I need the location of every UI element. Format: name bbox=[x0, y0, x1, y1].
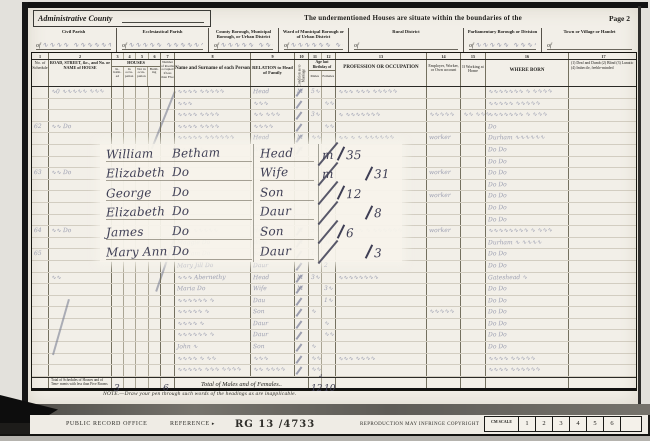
totals-empty-cell bbox=[136, 378, 149, 388]
tick-mark bbox=[295, 343, 302, 351]
cell-h3 bbox=[136, 110, 149, 121]
cell-h1 bbox=[112, 99, 124, 110]
cell-occ: ∿∿∿ ∿∿∿∿ bbox=[336, 354, 427, 365]
administrative-county-ruled-line bbox=[122, 22, 204, 23]
cell-born: Do Do bbox=[486, 191, 569, 202]
cell-born: Do Do bbox=[486, 342, 569, 353]
cell-ageM: ∿ bbox=[309, 307, 322, 318]
cell-occ bbox=[336, 99, 427, 110]
cell-home bbox=[461, 249, 486, 260]
cell-sched bbox=[32, 87, 49, 98]
cell-infirm bbox=[569, 307, 638, 318]
cell-rel: ∿∿∿ bbox=[251, 354, 295, 365]
cell-h2 bbox=[124, 133, 136, 144]
scale-tick: 4 bbox=[570, 417, 587, 431]
cell-home bbox=[461, 99, 486, 110]
cell-born: Do Do bbox=[486, 284, 569, 295]
cell-name: ∿∿∿∿∿ ∿ bbox=[175, 307, 251, 318]
cell-road bbox=[49, 284, 112, 295]
totals-empty-cell bbox=[486, 378, 569, 388]
cell-h1 bbox=[112, 365, 124, 376]
cell-sched bbox=[32, 180, 49, 191]
column-number: 8 bbox=[175, 53, 251, 59]
cell-infirm bbox=[569, 273, 638, 284]
reference-number: RG 13 /4733 bbox=[235, 419, 315, 430]
cell-occ bbox=[336, 296, 427, 307]
cell-h4 bbox=[149, 99, 161, 110]
cm-scale-label: CM SCALE bbox=[485, 417, 519, 431]
cell-ageM bbox=[309, 319, 322, 330]
cell-home bbox=[461, 296, 486, 307]
cell-home bbox=[461, 168, 486, 179]
cell-home bbox=[461, 238, 486, 249]
cell-h4 bbox=[149, 330, 161, 341]
cell-h3 bbox=[136, 296, 149, 307]
cell-h4 bbox=[149, 296, 161, 307]
cell-emp bbox=[427, 215, 461, 226]
tick-mark bbox=[295, 112, 302, 120]
cell-emp bbox=[427, 87, 461, 98]
handwritten-district-value: ∿∿∿∿∿ ∿∿∿∿∿ bbox=[475, 41, 536, 49]
cell-road bbox=[49, 99, 112, 110]
cell-h1 bbox=[112, 319, 124, 330]
cell-h3 bbox=[136, 354, 149, 365]
cell-h3 bbox=[136, 330, 149, 341]
cell-infirm bbox=[569, 191, 638, 202]
column-number: 7 bbox=[161, 53, 175, 59]
cell-road bbox=[49, 365, 112, 376]
table-row: ∿∿∿∿∿∿∿∿∿∿∿∿∿ ∿∿∿∿∿ bbox=[32, 99, 636, 111]
scale-tick: 6 bbox=[604, 417, 621, 431]
cell-sched bbox=[32, 296, 49, 307]
cell-rooms bbox=[161, 110, 175, 121]
header-females: Females bbox=[322, 71, 335, 86]
cell-h4 bbox=[149, 342, 161, 353]
cell-ageM bbox=[309, 296, 322, 307]
cell-ageM: 3∿ bbox=[309, 273, 322, 284]
column-number: 10 bbox=[295, 53, 309, 59]
cell-h1 bbox=[112, 284, 124, 295]
cell-name: ∿∿∿ Abernethy bbox=[175, 273, 251, 284]
cell-rel: ∿∿∿ bbox=[251, 99, 295, 110]
administrative-county-box: Administrative County bbox=[33, 10, 211, 27]
cell-infirm bbox=[569, 342, 638, 353]
cell-born: Do Do bbox=[486, 261, 569, 272]
totals-females-value: 410 bbox=[322, 378, 336, 388]
cell-infirm bbox=[569, 168, 638, 179]
cell-name: ∿∿∿∿ ∿∿∿∿∿ bbox=[175, 87, 251, 98]
situate-statement: The undermentioned Houses are situate wi… bbox=[228, 14, 598, 22]
cell-sched bbox=[32, 191, 49, 202]
cell-cond bbox=[295, 365, 309, 376]
cell-born: Do Do bbox=[486, 307, 569, 318]
cell-ageF: ∿∿ bbox=[322, 330, 336, 341]
cell-born: Do bbox=[486, 122, 569, 133]
cell-rooms bbox=[161, 133, 175, 144]
cell-home bbox=[461, 365, 486, 376]
cell-name: ∿∿∿∿ ∿ bbox=[175, 319, 251, 330]
cell-h4 bbox=[149, 284, 161, 295]
cell-born: ∿∿∿∿ ∿∿∿∿∿∿ bbox=[486, 365, 569, 376]
cell-name: ∿∿∿∿∿∿ ∿ bbox=[175, 296, 251, 307]
cell-sched bbox=[32, 330, 49, 341]
overlay-age-male: 6 bbox=[346, 227, 372, 240]
totals-houses-value: 3 bbox=[112, 378, 124, 388]
cell-road: ∿∿ Do bbox=[49, 122, 112, 133]
overlay-relation: Head bbox=[260, 147, 314, 162]
cell-cond bbox=[295, 99, 309, 110]
cell-infirm bbox=[569, 122, 638, 133]
totals-empty-cell bbox=[149, 378, 161, 388]
cell-born: ∿∿∿∿∿∿∿∿ ∿ ∿∿∿ bbox=[486, 226, 569, 237]
overlay-relation: Daur bbox=[260, 205, 314, 220]
overlay-row: ElizabethDoDaur8 bbox=[100, 203, 402, 223]
cell-home bbox=[461, 145, 486, 156]
cell-born: Do Do bbox=[486, 203, 569, 214]
page-number: Page 2 bbox=[609, 14, 630, 23]
column-number: 16 bbox=[486, 53, 569, 59]
cell-born: ∿∿∿∿∿∿∿ ∿ ∿∿∿∿ bbox=[486, 87, 569, 98]
cell-home bbox=[461, 133, 486, 144]
cell-cond bbox=[295, 354, 309, 365]
totals-row: Total of Schedules of Houses and of Tene… bbox=[32, 377, 636, 390]
census-page: Administrative County The undermentioned… bbox=[28, 8, 638, 404]
cell-born: Do Do bbox=[486, 168, 569, 179]
totals-empty-cell bbox=[569, 378, 638, 388]
tick-mark bbox=[295, 123, 302, 131]
tick-mark bbox=[295, 320, 302, 328]
cell-occ bbox=[336, 365, 427, 376]
cell-sched bbox=[32, 342, 49, 353]
cell-ageM bbox=[309, 330, 322, 341]
cell-h4 bbox=[149, 354, 161, 365]
cell-infirm bbox=[569, 354, 638, 365]
cell-sched bbox=[32, 238, 49, 249]
cell-h2 bbox=[124, 261, 136, 272]
column-number: 5 bbox=[136, 53, 149, 59]
cell-ageF bbox=[322, 273, 336, 284]
cell-sched bbox=[32, 319, 49, 330]
administrative-county-label: Administrative County bbox=[38, 14, 112, 23]
pen-slash-stroke bbox=[365, 244, 373, 258]
overlay-relation: Son bbox=[260, 186, 314, 201]
cell-born: Durham ∿∿∿∿∿∿ bbox=[486, 133, 569, 144]
cell-born: Do Do bbox=[486, 157, 569, 168]
cell-home bbox=[461, 330, 486, 341]
cell-emp bbox=[427, 203, 461, 214]
cell-home bbox=[461, 203, 486, 214]
cell-cond bbox=[295, 296, 309, 307]
overlay-row: WilliamBethamHeadm35 bbox=[100, 144, 402, 164]
header-age-group: Age last Birthday of Males Females bbox=[309, 60, 336, 86]
pen-cross-stroke bbox=[318, 240, 339, 264]
cell-rooms bbox=[161, 354, 175, 365]
district-civil-parish: Civil Parish of ∿∿∿∿ ∿∿∿∿∿∿ bbox=[31, 28, 116, 52]
column-number: 4 bbox=[124, 53, 136, 59]
cell-emp: ∿∿∿∿∿ bbox=[427, 307, 461, 318]
overlay-age-female: 31 bbox=[374, 168, 400, 181]
cell-name: ∿∿∿∿∿ ∿∿∿∿∿∿ bbox=[175, 133, 251, 144]
cell-sched: 65 bbox=[32, 249, 49, 260]
magnified-record-overlay: WilliamBethamHeadm35ElizabethDoWifem31Ge… bbox=[100, 144, 402, 262]
column-number: 1 bbox=[32, 53, 49, 59]
cell-occ: ∿ ∿∿∿∿∿∿∿ bbox=[336, 110, 427, 121]
tick-mark bbox=[295, 332, 302, 340]
cell-occ bbox=[336, 122, 427, 133]
tick-mark bbox=[295, 367, 302, 375]
cell-road bbox=[49, 307, 112, 318]
table-row: Mary Jill DoDaur2Do Do bbox=[32, 261, 636, 273]
cell-rooms bbox=[161, 296, 175, 307]
cell-ageF: 2 bbox=[322, 261, 336, 272]
handwritten-district-value: ∿∿∿∿∿ ∿∿∿∿∿∿∿ bbox=[128, 41, 203, 49]
cell-infirm bbox=[569, 365, 638, 376]
district-ecclesiastical-parish: Ecclesiastical Parish of ∿∿∿∿∿ ∿∿∿∿∿∿∿ bbox=[116, 28, 208, 52]
cell-home bbox=[461, 215, 486, 226]
cell-infirm bbox=[569, 249, 638, 260]
table-row: ∿∿∿∿∿ ∿Son∿∿∿∿∿∿Do Do bbox=[32, 307, 636, 319]
totals-empty-cell bbox=[461, 378, 486, 388]
cell-h4 bbox=[149, 319, 161, 330]
cell-ageF bbox=[322, 342, 336, 353]
cell-ageF bbox=[322, 110, 336, 121]
header-rooms: Number of Rooms occupied if less than Fi… bbox=[161, 60, 175, 86]
cell-name: ∿∿∿∿ ∿ ∿∿ bbox=[175, 354, 251, 365]
cell-sched: 62 bbox=[32, 122, 49, 133]
cell-cond bbox=[295, 122, 309, 133]
scale-tick: 3 bbox=[553, 417, 570, 431]
cell-infirm bbox=[569, 87, 638, 98]
cell-sched bbox=[32, 284, 49, 295]
cell-rooms bbox=[161, 330, 175, 341]
cell-h2 bbox=[124, 330, 136, 341]
overlay-row: JamesDoSon6 bbox=[100, 222, 402, 242]
cell-road bbox=[49, 354, 112, 365]
cell-cond bbox=[295, 307, 309, 318]
cell-home bbox=[461, 191, 486, 202]
cell-rel: Head bbox=[251, 273, 295, 284]
overlay-name: GeorgeDo bbox=[106, 186, 252, 201]
totals-empty-cell bbox=[32, 378, 49, 388]
cell-h2 bbox=[124, 110, 136, 121]
cell-emp: worker bbox=[427, 226, 461, 237]
cell-rel: ∿∿ ∿∿∿∿ bbox=[251, 365, 295, 376]
cell-h1 bbox=[112, 296, 124, 307]
cell-emp bbox=[427, 342, 461, 353]
cell-born: Do Do bbox=[486, 249, 569, 260]
cell-ageM bbox=[309, 284, 322, 295]
cell-ageF: ∿∿ bbox=[322, 122, 336, 133]
overlay-age-female: 8 bbox=[374, 207, 400, 220]
cell-rel: Dau bbox=[251, 296, 295, 307]
film-bottom-edge bbox=[0, 436, 650, 441]
column-number: 11 bbox=[309, 53, 322, 59]
cell-infirm bbox=[569, 215, 638, 226]
footnote: NOTE.—Draw your pen through such words o… bbox=[103, 391, 296, 397]
header-employer: Employer, Worker, or Own account bbox=[427, 60, 461, 86]
cell-occ: ∿∿∿∿∿∿∿∿ bbox=[336, 273, 427, 284]
cell-emp: ∿∿∿∿∿ bbox=[427, 110, 461, 121]
pen-slash-stroke bbox=[365, 166, 373, 180]
column-number: 2 bbox=[49, 53, 112, 59]
cell-occ bbox=[336, 342, 427, 353]
header-building: Build- ing bbox=[148, 67, 160, 86]
cell-home: ∿∿ ∿∿∿ bbox=[461, 110, 486, 121]
cell-ageF: 1∿ bbox=[322, 296, 336, 307]
cell-emp bbox=[427, 180, 461, 191]
cell-ageM bbox=[309, 122, 322, 133]
cell-cond: M bbox=[295, 273, 309, 284]
cell-ageF: ∿∿ bbox=[322, 99, 336, 110]
cell-cond bbox=[295, 319, 309, 330]
header-males: Males bbox=[309, 71, 322, 86]
cell-ageM: ∿∿ bbox=[309, 133, 322, 144]
header-schedule-no: No. of Schedule bbox=[32, 60, 49, 86]
cell-emp bbox=[427, 330, 461, 341]
cell-rooms bbox=[161, 342, 175, 353]
copyright-notice: REPRODUCTION MAY INFRINGE COPYRIGHT bbox=[360, 422, 479, 427]
cell-road bbox=[49, 342, 112, 353]
cell-infirm bbox=[569, 180, 638, 191]
cell-sched: 63 bbox=[32, 168, 49, 179]
pen-slash-stroke bbox=[337, 225, 345, 239]
cell-ageF bbox=[322, 307, 336, 318]
cell-ageF: 3∿ bbox=[322, 284, 336, 295]
cell-h2 bbox=[124, 365, 136, 376]
cell-h4 bbox=[149, 133, 161, 144]
table-row: ∿0 ∿∿∿∿∿ ∿∿∿∿∿∿∿ ∿∿∿∿∿HeadM5∿∿∿∿ ∿∿∿ ∿∿∿… bbox=[32, 87, 636, 99]
census-scan-viewer: Administrative County The undermentioned… bbox=[0, 0, 650, 441]
cell-h2 bbox=[124, 273, 136, 284]
cell-h3 bbox=[136, 99, 149, 110]
cell-h4 bbox=[149, 261, 161, 272]
cell-road: ∿∿ bbox=[49, 273, 112, 284]
totals-males-females-label: Total of Males and of Females.. bbox=[175, 378, 309, 388]
table-row: ∿∿∿∿∿ ∿∿∿ ∿∿∿∿∿∿ ∿∿∿∿∿∿∿∿∿∿ ∿∿∿∿∿∿ bbox=[32, 365, 636, 377]
cell-sched: 64 bbox=[32, 226, 49, 237]
cell-ageF: ∿ bbox=[322, 319, 336, 330]
handwritten-district-value: ∿∿∿∿∿∿ ∿∿∿ bbox=[290, 41, 343, 49]
overlay-relation: Son bbox=[260, 225, 314, 240]
scale-end-cell bbox=[621, 417, 641, 431]
district-ward: Ward of Municipal Borough or of Urban Di… bbox=[278, 28, 348, 52]
district-rural-district: Rural District of bbox=[348, 28, 463, 52]
cell-h4 bbox=[149, 365, 161, 376]
cell-h3 bbox=[136, 133, 149, 144]
overlay-name: Mary AnnDo bbox=[106, 245, 252, 260]
tick-mark bbox=[295, 309, 302, 317]
cell-home bbox=[461, 157, 486, 168]
header-condition: Condition as to Marriage bbox=[295, 60, 309, 86]
cell-infirm bbox=[569, 203, 638, 214]
cell-h4 bbox=[149, 273, 161, 284]
header-houses-group: HOUSES In- habit- ed In occu- pation Not… bbox=[112, 60, 161, 86]
cell-home bbox=[461, 261, 486, 272]
table-row: ∿∿∿∿ ∿∿∿∿∿∿ ∿∿∿3∿∿ ∿∿∿∿∿∿∿∿∿∿∿∿∿∿ ∿∿∿∿∿∿… bbox=[32, 110, 636, 122]
cell-emp bbox=[427, 365, 461, 376]
cell-sched bbox=[32, 110, 49, 121]
cell-cond bbox=[295, 110, 309, 121]
tick-mark bbox=[295, 100, 302, 108]
cell-road bbox=[49, 261, 112, 272]
column-header-row: No. of Schedule ROAD, STREET, &c., and N… bbox=[32, 60, 636, 87]
column-number: 12 bbox=[322, 53, 336, 59]
cell-ageM: ∿ bbox=[309, 342, 322, 353]
header-infirmity: (1) Deaf and Dumb (2) Blind (3) Lunatic … bbox=[569, 60, 638, 86]
cell-h1 bbox=[112, 133, 124, 144]
cell-emp bbox=[427, 157, 461, 168]
cell-rooms bbox=[161, 122, 175, 133]
cell-h3 bbox=[136, 319, 149, 330]
cell-h2 bbox=[124, 319, 136, 330]
cell-h2 bbox=[124, 354, 136, 365]
cell-rooms bbox=[161, 365, 175, 376]
column-number-row: 1234567891011121314151617 bbox=[32, 53, 636, 60]
cell-h2 bbox=[124, 87, 136, 98]
header-working-at-home: If Working at Home bbox=[461, 60, 486, 86]
district-parliamentary-borough: Parliamentary Borough or Division of ∿∿∿… bbox=[463, 28, 541, 52]
header-uninhabited-not-in-occupation: Not in occu- pation bbox=[136, 67, 149, 86]
table-row: ∿∿∿∿∿∿ ∿Daur∿∿Do Do bbox=[32, 330, 636, 342]
header-inhabited: In- habit- ed bbox=[112, 67, 124, 86]
cell-home bbox=[461, 180, 486, 191]
table-row: ∿∿∿∿ ∿ ∿∿∿∿∿∿∿∿∿∿ ∿∿∿∿∿∿∿∿ ∿∿∿∿∿ bbox=[32, 354, 636, 366]
cell-occ: ∿∿∿ ∿∿∿ ∿∿∿∿∿ bbox=[336, 87, 427, 98]
cell-sched bbox=[32, 354, 49, 365]
cell-rel: ∿∿ ∿∿∿ bbox=[251, 110, 295, 121]
overlay-age-male: 35 bbox=[346, 148, 372, 161]
cell-home bbox=[461, 319, 486, 330]
cell-h1 bbox=[112, 261, 124, 272]
cell-road bbox=[49, 110, 112, 121]
cell-home bbox=[461, 284, 486, 295]
cell-rel: Daur bbox=[251, 319, 295, 330]
overlay-relation: Wife bbox=[260, 166, 314, 181]
cell-infirm bbox=[569, 296, 638, 307]
cell-born: Do Do bbox=[486, 319, 569, 330]
cell-road: ∿0 ∿∿∿∿∿ ∿∿∿ bbox=[49, 87, 112, 98]
cell-h1 bbox=[112, 273, 124, 284]
cell-emp bbox=[427, 319, 461, 330]
cell-road bbox=[49, 330, 112, 341]
cell-born: Do Do bbox=[486, 330, 569, 341]
column-number: 14 bbox=[427, 53, 461, 59]
cell-sched bbox=[32, 273, 49, 284]
cell-name: Mary Jill Do bbox=[175, 261, 251, 272]
cell-home bbox=[461, 122, 486, 133]
cell-road bbox=[49, 319, 112, 330]
cell-born: Do Do bbox=[486, 180, 569, 191]
cell-h1 bbox=[112, 110, 124, 121]
cell-born: Durham ∿ ∿∿∿∿ bbox=[486, 238, 569, 249]
cell-rel: ∿∿∿∿ bbox=[251, 122, 295, 133]
scan-edge-right bbox=[638, 6, 641, 404]
cell-emp bbox=[427, 145, 461, 156]
cell-h1 bbox=[112, 87, 124, 98]
cell-emp: worker bbox=[427, 191, 461, 202]
cell-infirm bbox=[569, 330, 638, 341]
overlay-age-male: 12 bbox=[346, 188, 372, 201]
overlay-name: WilliamBetham bbox=[106, 147, 252, 162]
cell-born: ∿∿∿∿ ∿∿∿∿∿ bbox=[486, 354, 569, 365]
cell-emp bbox=[427, 273, 461, 284]
cell-infirm bbox=[569, 319, 638, 330]
overlay-row: ElizabethDoWifem31 bbox=[100, 164, 402, 184]
cell-road bbox=[49, 133, 112, 144]
column-number: 3 bbox=[112, 53, 124, 59]
overlay-name: ElizabethDo bbox=[106, 205, 252, 220]
column-number: 6 bbox=[149, 53, 161, 59]
